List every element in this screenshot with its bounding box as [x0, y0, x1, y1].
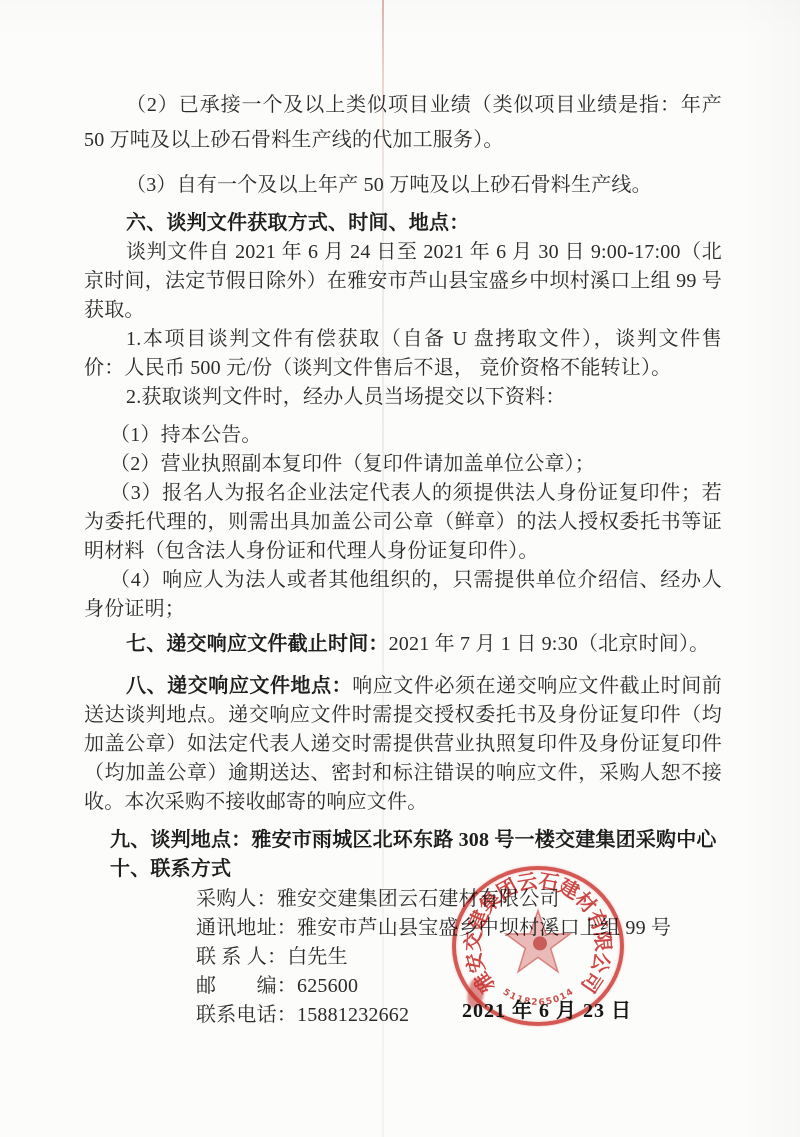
section7-text: 2021 年 7 月 1 日 9:30（北京时间）。: [389, 633, 710, 655]
section6-paragraph-3: 2.获取谈判文件时，经办人员当场提交以下资料：: [84, 383, 722, 412]
section6-paragraph-2: 1.本项目谈判文件有偿获取（自备 U 盘拷取文件），谈判文件售价：人民币 500…: [84, 325, 722, 383]
section8-heading: 八、递交响应文件地点：: [126, 675, 352, 697]
section6-list-item-2: （2）营业执照副本复印件（复印件请加盖单位公章）；: [84, 450, 722, 479]
seal-star-icon: [498, 904, 578, 984]
section10-heading: 十、联系方式: [84, 855, 722, 884]
section9-heading: 九、谈判地点：: [110, 829, 251, 851]
contact-row-person: 联 系 人：白先生: [84, 943, 722, 972]
section6-list-item-4: （4）响应人为法人或者其他组织的，只需提供单位介绍信、经办人身份证明；: [84, 566, 722, 624]
contact-row-address: 通讯地址：雅安市芦山县宝盛乡中坝村溪口上组 99 号: [84, 914, 722, 943]
section7-line: 七、递交响应文件截止时间：2021 年 7 月 1 日 9:30（北京时间）。: [84, 630, 722, 659]
section7-heading: 七、递交响应文件截止时间：: [126, 633, 389, 655]
section9-line: 九、谈判地点：雅安市雨城区北环东路 308 号一楼交建集团采购中心: [84, 826, 722, 855]
clause-3: （3）自有一个及以上年产 50 万吨及以上砂石骨料生产线。: [84, 171, 722, 200]
clause-2: （2）已承接一个及以上类似项目业绩（类似项目业绩是指：年产 50 万吨及以上砂石…: [84, 88, 722, 158]
section8-line: 八、递交响应文件地点：响应文件必须在递交响应文件截止时间前送达谈判地点。递交响应…: [84, 672, 722, 817]
date-text: 2021 年 6 月 23 日: [462, 994, 632, 1023]
section9-text: 雅安市雨城区北环东路 308 号一楼交建集团采购中心: [251, 829, 716, 851]
section6-list-item-3: （3）报名人为报名企业法定代表人的须提供法人身份证复印件；若为委托代理的，则需出…: [84, 479, 722, 566]
scanned-document-page: （2）已承接一个及以上类似项目业绩（类似项目业绩是指：年产 50 万吨及以上砂石…: [0, 0, 800, 1137]
section6-heading: 六、谈判文件获取方式、时间、地点：: [84, 209, 722, 238]
section6-list-item-1: （1）持本公告。: [84, 421, 722, 450]
contact-row-purchaser: 采购人：雅安交建集团云石建材有限公司: [84, 885, 722, 914]
document-body: （2）已承接一个及以上类似项目业绩（类似项目业绩是指：年产 50 万吨及以上砂石…: [0, 0, 800, 1030]
section6-paragraph-1: 谈判文件自 2021 年 6 月 24 日至 2021 年 6 月 30 日 9…: [84, 238, 722, 325]
